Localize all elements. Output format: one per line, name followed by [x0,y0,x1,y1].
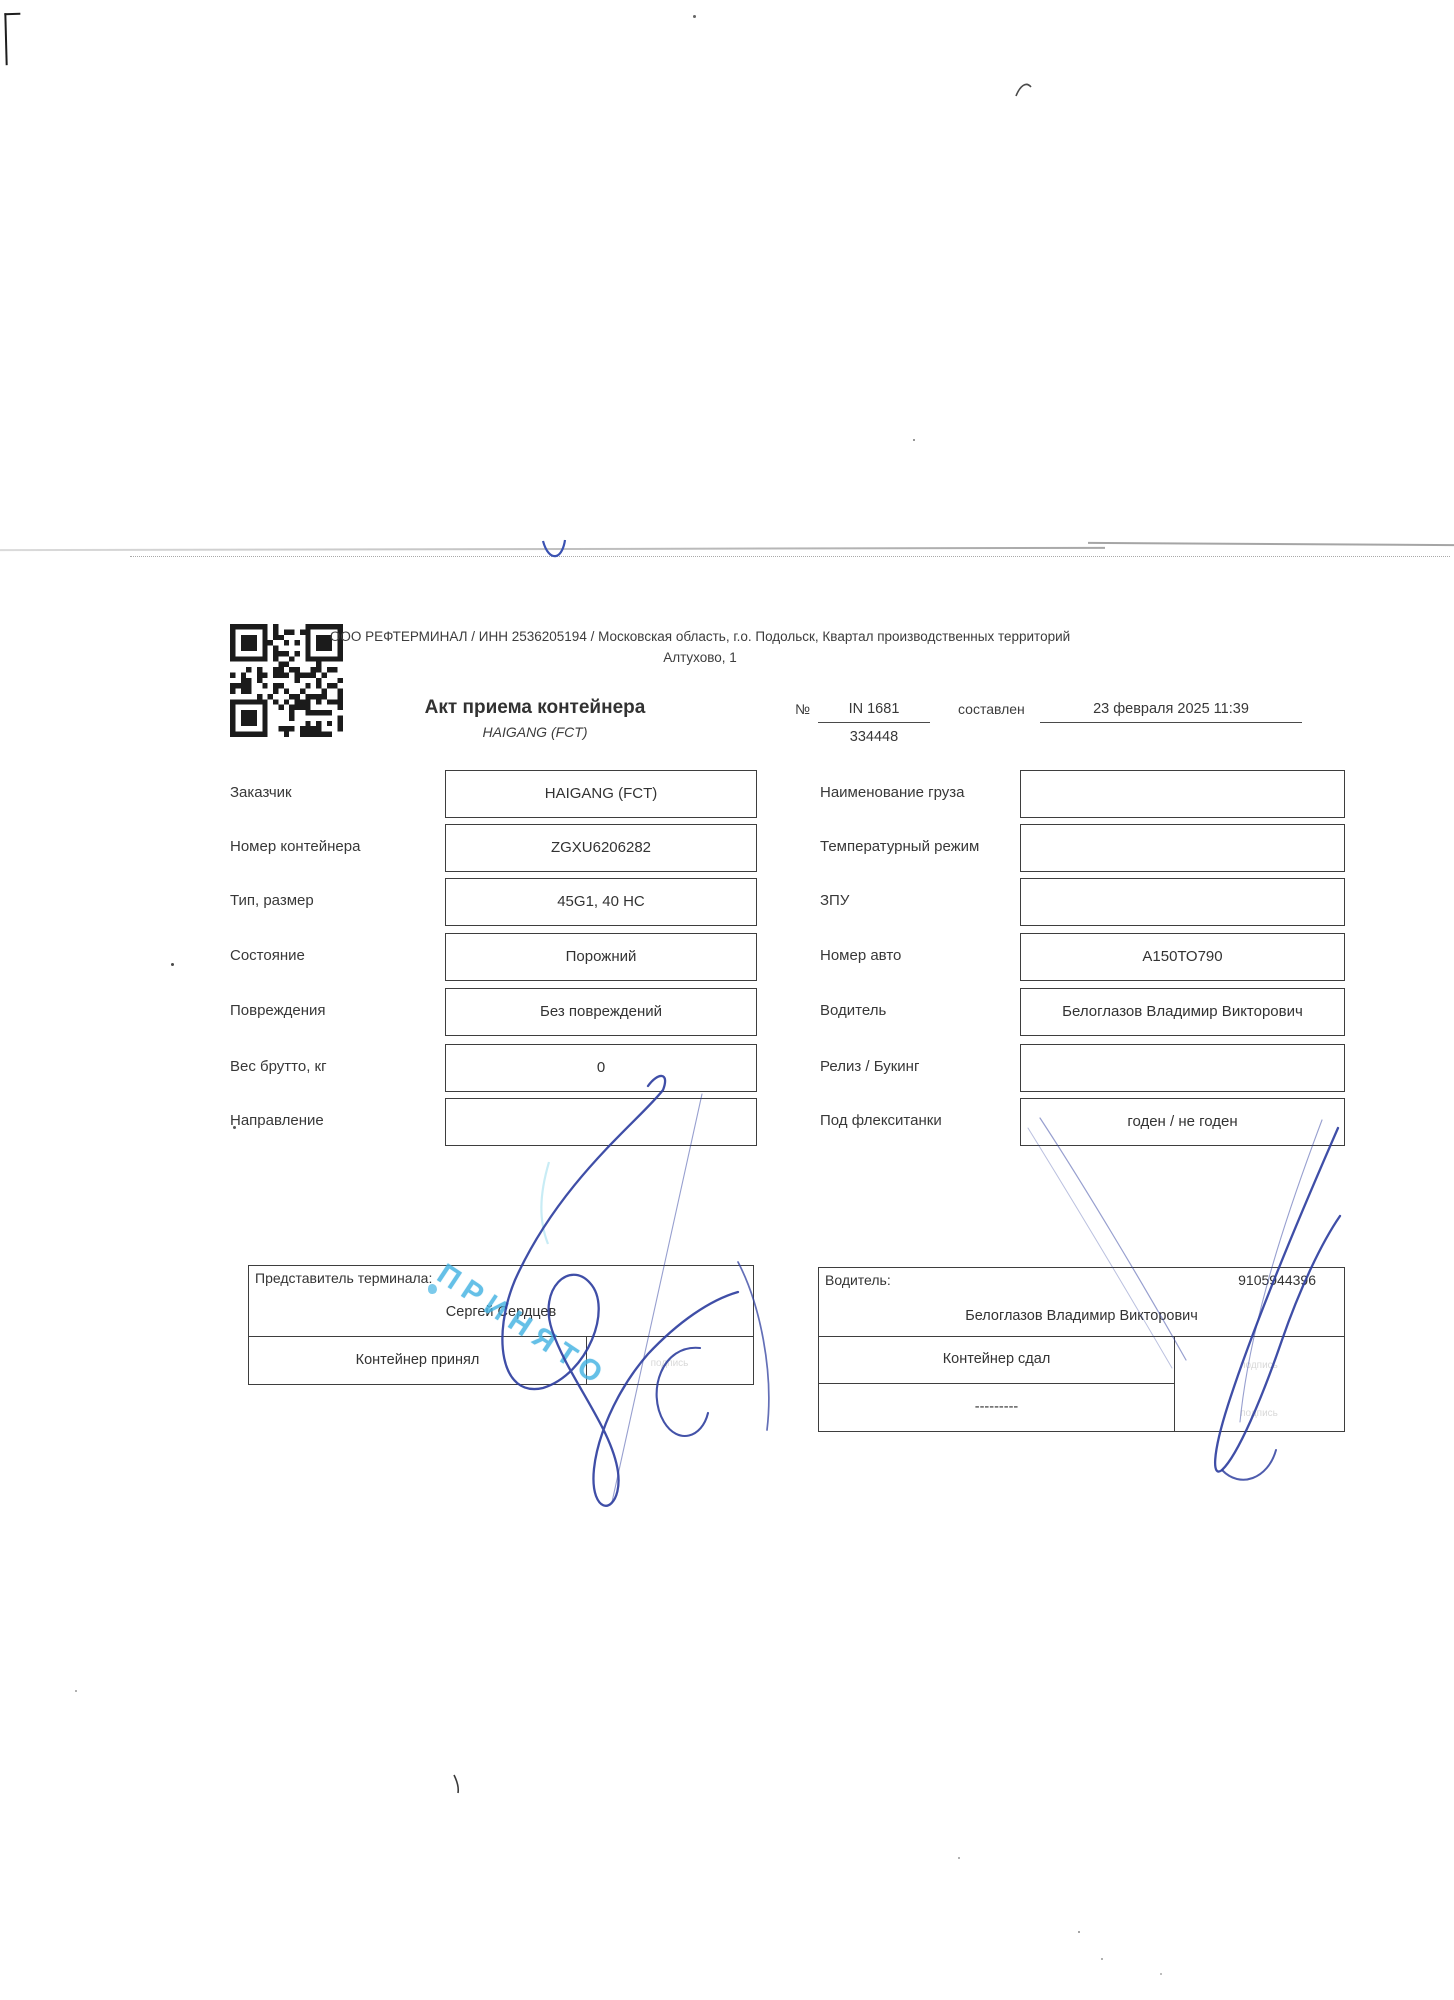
field-value-cargo-name [1020,770,1345,818]
field-label-cargo-name: Наименование груза [820,770,965,816]
driver-signature-block: Водитель: 9105944396 Белоглазов Владимир… [818,1267,1345,1432]
scan-speck [75,1690,77,1692]
field-value-condition: Порожний [445,933,757,981]
field-value-flexitank: годен / не годен [1020,1098,1345,1146]
field-label-type-size: Тип, размер [230,878,314,924]
scan-speck [1101,1958,1103,1960]
driver-phone: 9105944396 [1238,1272,1316,1288]
field-value-container-number: ZGXU6206282 [445,824,757,872]
field-label-condition: Состояние [230,933,305,979]
fold-line-right [1088,542,1454,546]
field-value-seal [1020,878,1345,926]
field-label-direction: Направление [230,1098,324,1144]
document-number: IN 1681 [818,701,930,717]
field-value-text: 45G1, 40 HC [446,879,756,925]
composed-datetime: 23 февраля 2025 11:39 [1040,701,1302,717]
field-value-text [1021,825,1344,871]
stamp-smudge [541,1162,549,1244]
field-value-direction [445,1098,757,1146]
field-value-text: А150ТО790 [1021,934,1344,980]
scan-speck [171,963,174,966]
field-value-release-booking [1020,1044,1345,1092]
date-underline [1040,722,1302,723]
field-value-text: ZGXU6206282 [446,825,756,871]
fold-line [0,547,1105,551]
field-value-customer: HAIGANG (FCT) [445,770,757,818]
composed-label: составлен [958,701,1025,717]
field-label-damages: Повреждения [230,988,326,1034]
scan-speck [233,1126,236,1129]
field-label-truck-number: Номер авто [820,933,901,979]
field-value-text: годен / не годен [1021,1099,1344,1145]
field-label-customer: Заказчик [230,770,292,816]
field-label-gross-weight: Вес брутто, кг [230,1044,327,1090]
field-label-container-number: Номер контейнера [230,824,360,870]
field-value-text: 0 [446,1045,756,1091]
field-value-gross-weight: 0 [445,1044,757,1092]
pen-tick-mark [1016,84,1031,96]
field-label-driver: Водитель [820,988,886,1034]
organization-header: ООО РЕФТЕРМИНАЛ / ИНН 2536205194 / Моско… [310,626,1090,668]
driver-dashes: --------- [819,1383,1174,1431]
field-value-text: Белоглазов Владимир Викторович [1021,989,1344,1035]
scan-speck [958,1857,960,1859]
field-label-release-booking: Релиз / Букинг [820,1044,919,1090]
organization-line1: ООО РЕФТЕРМИНАЛ / ИНН 2536205194 / Моско… [310,626,1090,647]
driver-name: Белоглазов Владимир Викторович [819,1308,1344,1324]
signature-placeholder: подпись [1174,1408,1344,1419]
scan-speck [913,439,915,441]
field-value-damages: Без повреждений [445,988,757,1036]
field-value-driver: Белоглазов Владимир Викторович [1020,988,1345,1036]
fold-perforation-line [130,556,1450,557]
field-label-flexitank: Под флекситанки [820,1098,942,1144]
field-label-seal: ЗПУ [820,878,849,924]
scanned-document-page: ООО РЕФТЕРМИНАЛ / ИНН 2536205194 / Моско… [0,0,1454,2000]
scan-speck [1160,1973,1162,1975]
driver-action-label: Контейнер сдал [819,1336,1174,1383]
field-value-text: HAIGANG (FCT) [446,771,756,817]
scan-speck [1078,1931,1080,1933]
document-number-secondary: 334448 [818,729,930,745]
field-value-text [1021,1045,1344,1091]
number-underline [818,722,930,723]
scan-corner-mark [4,13,21,65]
field-value-text [446,1099,756,1145]
field-value-temperature-mode [1020,824,1345,872]
pen-slash-mark [454,1775,458,1793]
terminal-role-label: Представитель терминала: [255,1270,432,1286]
field-value-text [1021,771,1344,817]
document-subtitle: HAIGANG (FCT) [395,724,675,740]
organization-line2: Алтухово, 1 [310,647,1090,668]
field-label-temperature-mode: Температурный режим [820,824,979,870]
scan-speck [693,15,696,18]
field-value-text: Порожний [446,934,756,980]
field-value-text [1021,879,1344,925]
field-value-type-size: 45G1, 40 HC [445,878,757,926]
field-value-text: Без повреждений [446,989,756,1035]
stamp-ink-dot [428,1284,437,1294]
signature-placeholder: подпись [1174,1360,1344,1371]
document-title: Акт приема контейнера [395,697,675,719]
number-label: № [795,701,810,717]
driver-role-label: Водитель: [825,1272,891,1288]
field-value-truck-number: А150ТО790 [1020,933,1345,981]
